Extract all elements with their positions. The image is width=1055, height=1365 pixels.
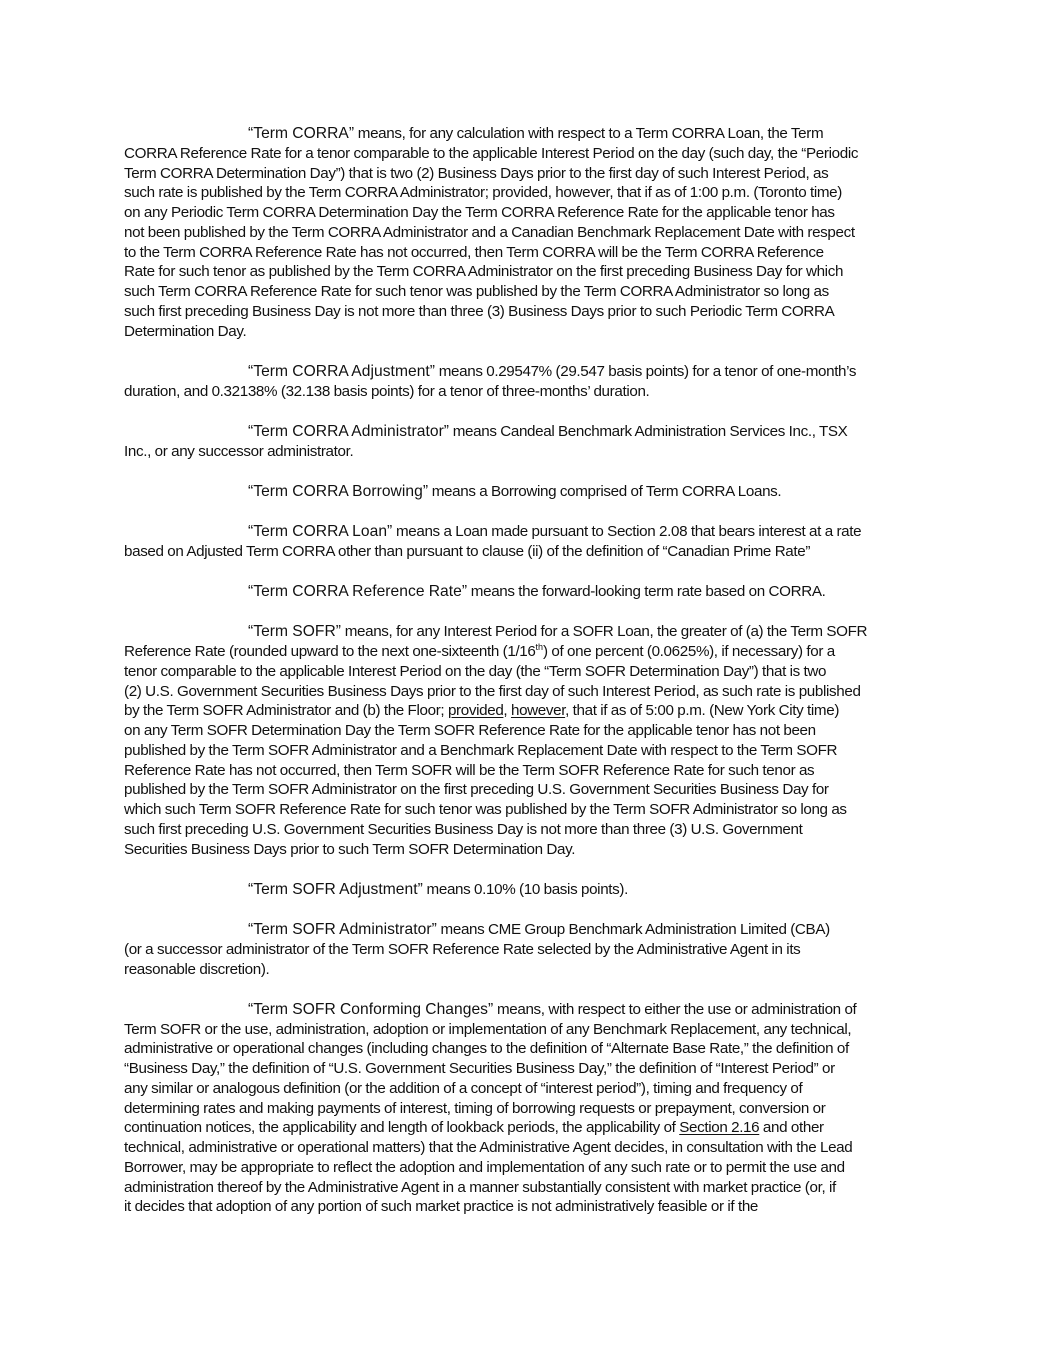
- body-text: (2) U.S. Government Securities Business …: [124, 683, 861, 700]
- body-text: means, with respect to either the use or…: [493, 1001, 856, 1018]
- body-text: it decides that adoption of any portion …: [124, 1198, 758, 1215]
- defined-term: “Term CORRA Borrowing”: [248, 483, 428, 500]
- definition-paragraph-term-corra: “Term CORRA” means, for any calculation …: [124, 124, 936, 341]
- document-body: “Term CORRA” means, for any calculation …: [124, 124, 936, 1217]
- body-text: Inc., or any successor administrator.: [124, 443, 353, 460]
- definition-paragraph-term-sofr-adjustment: “Term SOFR Adjustment” means 0.10% (10 b…: [124, 880, 936, 900]
- body-text: means, for any Interest Period for a SOF…: [341, 623, 867, 640]
- defined-term: “Term SOFR”: [248, 623, 341, 640]
- body-text: duration, and 0.32138% (32.138 basis poi…: [124, 383, 649, 400]
- body-text: Borrower, may be appropriate to reflect …: [124, 1159, 845, 1176]
- defined-term: “Term CORRA Administrator”: [248, 423, 449, 440]
- body-text: determining rates and making payments of…: [124, 1100, 825, 1117]
- body-text: means, for any calculation with respect …: [354, 125, 823, 142]
- body-text: ) of one percent (0.0625%), if necessary…: [543, 643, 835, 660]
- body-text: by the Term SOFR Administrator and (b) t…: [124, 702, 448, 719]
- body-text: based on Adjusted Term CORRA other than …: [124, 543, 810, 560]
- body-text: means 0.29547% (29.547 basis points) for…: [435, 363, 856, 380]
- underlined-text: provided: [448, 702, 503, 719]
- body-text: any similar or analogous definition (or …: [124, 1080, 802, 1097]
- body-text: Reference Rate (rounded upward to the ne…: [124, 643, 536, 660]
- definition-paragraph-term-corra-loan: “Term CORRA Loan” means a Loan made purs…: [124, 522, 936, 562]
- body-text: such rate is published by the Term CORRA…: [124, 184, 842, 201]
- body-text: administrative or operational changes (i…: [124, 1040, 849, 1057]
- definition-paragraph-term-corra-administrator: “Term CORRA Administrator” means Candeal…: [124, 422, 936, 462]
- body-text: ,: [503, 702, 511, 719]
- body-text: Reference Rate has not occurred, then Te…: [124, 762, 814, 779]
- body-text: reasonable discretion).: [124, 961, 269, 978]
- document-page: “Term CORRA” means, for any calculation …: [124, 124, 936, 1238]
- body-text: Determination Day.: [124, 323, 246, 340]
- body-text: tenor comparable to the applicable Inter…: [124, 663, 826, 680]
- body-text: means Candeal Benchmark Administration S…: [449, 423, 847, 440]
- body-text: means 0.10% (10 basis points).: [423, 881, 628, 898]
- definition-paragraph-term-corra-borrowing: “Term CORRA Borrowing” means a Borrowing…: [124, 482, 936, 502]
- body-text: means CME Group Benchmark Administration…: [437, 921, 830, 938]
- body-text: means a Loan made pursuant to Section 2.…: [392, 523, 861, 540]
- body-text: to the Term CORRA Reference Rate has not…: [124, 244, 824, 261]
- definition-paragraph-term-sofr-conforming-changes: “Term SOFR Conforming Changes” means, wi…: [124, 1000, 936, 1217]
- body-text: means a Borrowing comprised of Term CORR…: [428, 483, 781, 500]
- body-text: such Term CORRA Reference Rate for such …: [124, 283, 829, 300]
- body-text: Term SOFR or the use, administration, ad…: [124, 1021, 851, 1038]
- body-text: (or a successor administrator of the Ter…: [124, 941, 800, 958]
- defined-term: “Term SOFR Adjustment”: [248, 881, 423, 898]
- definition-paragraph-term-sofr-administrator: “Term SOFR Administrator” means CME Grou…: [124, 920, 936, 979]
- defined-term: “Term CORRA”: [248, 125, 354, 142]
- definition-paragraph-term-corra-adjustment: “Term CORRA Adjustment” means 0.29547% (…: [124, 362, 936, 402]
- underlined-text: however: [511, 702, 565, 719]
- body-text: continuation notices, the applicability …: [124, 1119, 679, 1136]
- body-text: published by the Term SOFR Administrator…: [124, 781, 829, 798]
- body-text: on any Periodic Term CORRA Determination…: [124, 204, 835, 221]
- body-text: , that if as of 5:00 p.m. (New York City…: [565, 702, 839, 719]
- body-text: Securities Business Days prior to such T…: [124, 841, 575, 858]
- defined-term: “Term CORRA Loan”: [248, 523, 392, 540]
- superscript: th: [536, 642, 544, 652]
- body-text: Term CORRA Determination Day”) that is t…: [124, 165, 828, 182]
- underlined-text: Section 2.16: [679, 1119, 759, 1136]
- body-text: means the forward-looking term rate base…: [467, 583, 825, 600]
- defined-term: “Term SOFR Conforming Changes”: [248, 1001, 493, 1018]
- body-text: technical, administrative or operational…: [124, 1139, 852, 1156]
- body-text: not been published by the Term CORRA Adm…: [124, 224, 855, 241]
- body-text: such first preceding Business Day is not…: [124, 303, 834, 320]
- defined-term: “Term SOFR Administrator”: [248, 921, 437, 938]
- body-text: published by the Term SOFR Administrator…: [124, 742, 837, 759]
- definition-paragraph-term-corra-reference-rate: “Term CORRA Reference Rate” means the fo…: [124, 582, 936, 602]
- body-text: administration thereof by the Administra…: [124, 1179, 836, 1196]
- body-text: CORRA Reference Rate for a tenor compara…: [124, 145, 858, 162]
- body-text: Rate for such tenor as published by the …: [124, 263, 843, 280]
- body-text: and other: [759, 1119, 824, 1136]
- defined-term: “Term CORRA Adjustment”: [248, 363, 435, 380]
- body-text: on any Term SOFR Determination Day the T…: [124, 722, 816, 739]
- body-text: such first preceding U.S. Government Sec…: [124, 821, 802, 838]
- body-text: which such Term SOFR Reference Rate for …: [124, 801, 847, 818]
- body-text: “Business Day,” the definition of “U.S. …: [124, 1060, 835, 1077]
- defined-term: “Term CORRA Reference Rate”: [248, 583, 467, 600]
- definition-paragraph-term-sofr: “Term SOFR” means, for any Interest Peri…: [124, 622, 936, 859]
